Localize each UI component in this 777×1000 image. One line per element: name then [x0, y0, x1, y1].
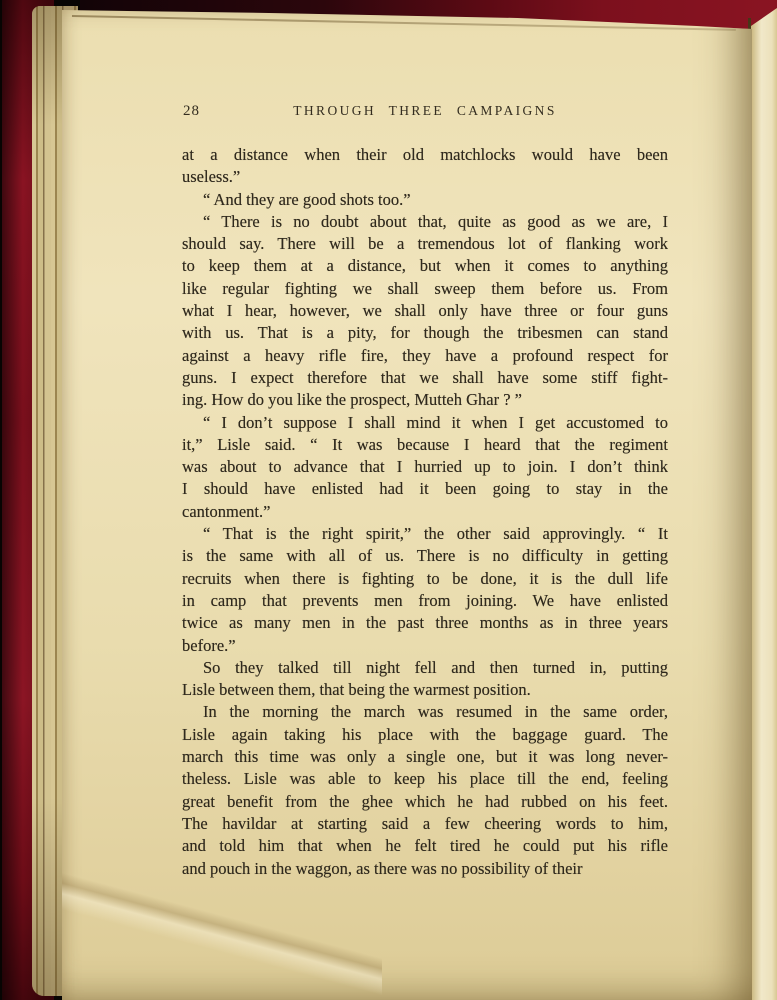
- text-line: So they talked till night fell and then …: [182, 657, 668, 679]
- paragraph: “ There is no doubt about that, quite as…: [182, 211, 668, 412]
- text-line: should say. There will be a tremendous l…: [182, 233, 668, 255]
- page-number: 28: [183, 103, 200, 120]
- paragraph: In the morning the march was resumed in …: [182, 701, 668, 879]
- adjacent-page-edge: [751, 0, 777, 1000]
- text-line: and told him that when he felt tired he …: [182, 835, 668, 857]
- paragraph: “ That is the right spirit,” the other s…: [182, 523, 668, 657]
- text-line: cantonment.”: [182, 501, 668, 523]
- text-line: and pouch in the waggon, as there was no…: [182, 858, 668, 880]
- text-line: theless. Lisle was able to keep his plac…: [182, 768, 668, 790]
- text-line: “ That is the right spirit,” the other s…: [182, 523, 668, 545]
- text-line: before.”: [182, 635, 668, 657]
- text-line: with us. That is a pity, for though the …: [182, 322, 668, 344]
- text-line: The havildar at starting said a few chee…: [182, 813, 668, 835]
- text-line: I should have enlisted had it been going…: [182, 478, 668, 500]
- book-page: 28 THROUGH THREE CAMPAIGNS at a distance…: [62, 0, 752, 1000]
- text-line: ing. How do you like the prospect, Mutte…: [182, 389, 668, 411]
- text-line: “ And they are good shots too.”: [182, 189, 668, 211]
- page-header: 28 THROUGH THREE CAMPAIGNS: [182, 103, 668, 123]
- text-line: twice as many men in the past three mont…: [182, 612, 668, 634]
- paragraph: So they talked till night fell and then …: [182, 657, 668, 702]
- text-line: “ I don’t suppose I shall mind it when I…: [182, 412, 668, 434]
- text-line: “ There is no doubt about that, quite as…: [182, 211, 668, 233]
- text-line: march this time was only a single one, b…: [182, 746, 668, 768]
- text-line: Lisle again taking his place with the ba…: [182, 724, 668, 746]
- text-line: useless.”: [182, 166, 668, 188]
- paragraph: at a distance when their old matchlocks …: [182, 144, 668, 189]
- text-line: at a distance when their old matchlocks …: [182, 144, 668, 166]
- text-line: was about to advance that I hurried up t…: [182, 456, 668, 478]
- text-line: recruits when there is fighting to be do…: [182, 568, 668, 590]
- text-line: against a heavy rifle fire, they have a …: [182, 345, 668, 367]
- text-line: to keep them at a distance, but when it …: [182, 255, 668, 277]
- text-line: great benefit from the ghee which he had…: [182, 791, 668, 813]
- text-line: guns. I expect therefore that we shall h…: [182, 367, 668, 389]
- text-line: is the same with all of us. There is no …: [182, 545, 668, 567]
- text-line: what I hear, however, we shall only have…: [182, 300, 668, 322]
- text-block: at a distance when their old matchlocks …: [182, 144, 668, 880]
- paragraph: “ I don’t suppose I shall mind it when I…: [182, 412, 668, 523]
- text-line: In the morning the march was resumed in …: [182, 701, 668, 723]
- text-line: Lisle between them, that being the warme…: [182, 679, 668, 701]
- text-line: in camp that prevents men from joining. …: [182, 590, 668, 612]
- running-title: THROUGH THREE CAMPAIGNS: [182, 103, 668, 119]
- text-line: it,” Lisle said. “ It was because I hear…: [182, 434, 668, 456]
- text-line: like regular fighting we shall sweep the…: [182, 278, 668, 300]
- paragraph: “ And they are good shots too.”: [182, 189, 668, 211]
